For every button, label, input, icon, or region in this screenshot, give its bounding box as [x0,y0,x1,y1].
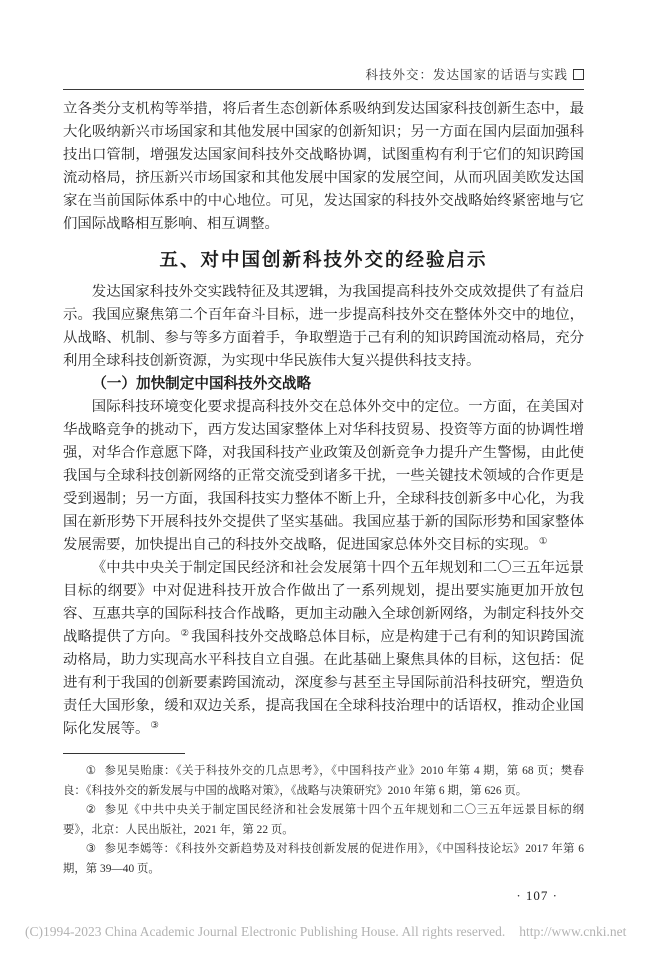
running-header-title: 科技外交：发达国家的话语与实践 [365,68,568,82]
paragraph-strategy-text: 国际科技环境变化要求提高科技外交在总体外交中的定位。一方面，在美国对华战略竞争的… [63,399,584,553]
article-body: 立各类分支机构等举措，将后者生态创新体系吸纳到发达国家科技创新生态中，最大化吸纳… [63,98,584,741]
footnote-3-marker: ③ [86,843,97,855]
footnote-3-text: 参见李嫣等：《科技外交新趋势及对科技创新发展的促进作用》，《中国科技论坛》201… [63,843,584,875]
footnote-ref-3: ③ [150,721,159,731]
paragraph-plan-text-2: 我国科技外交战略总体目标，应是构建于己有利的知识跨国流动格局，助力实现高水平科技… [63,629,584,737]
subsection-heading: （一）加快制定中国科技外交战略 [63,373,584,396]
paragraph-intro: 发达国家科技外交实践特征及其逻辑，为我国提高科技外交成效提供了有益启示。我国应聚… [63,281,584,373]
page-content: 科技外交：发达国家的话语与实践 立各类分支机构等举措，将后者生态创新体系吸纳到发… [63,64,584,904]
section-heading: 五、对中国创新科技外交的经验启示 [63,248,584,271]
journal-page: 科技外交：发达国家的话语与实践 立各类分支机构等举措，将后者生态创新体系吸纳到发… [0,0,646,968]
watermark-copyright: (C)1994-2023 China Academic Journal Elec… [25,924,505,939]
footnote-ref-1: ① [539,537,548,547]
footnotes-block: ①参见吴贻康：《关于科技外交的几点思考》，《中国科技产业》2010 年第 4 期… [63,762,584,879]
header-rule [63,89,584,90]
watermark-url: http://www.cnki.net [519,924,626,939]
footnote-separator [63,753,185,754]
paragraph-plan: 《中共中央关于制定国民经济和社会发展第十四个五年规划和二〇三五年远景目标的纲要》… [63,557,584,741]
cnki-watermark: (C)1994-2023 China Academic Journal Elec… [25,924,626,940]
paragraph-strategy: 国际科技环境变化要求提高科技外交在总体外交中的定位。一方面，在美国对华战略竞争的… [63,396,584,557]
paragraph-continuation-text: 立各类分支机构等举措，将后者生态创新体系吸纳到发达国家科技创新生态中，最大化吸纳… [63,101,584,232]
footnote-1-text: 参见吴贻康：《关于科技外交的几点思考》，《中国科技产业》2010 年第 4 期，… [63,765,584,797]
footnote-2-text: 参见《中共中央关于制定国民经济和社会发展第十四个五年规划和二〇三五年远景目标的纲… [63,804,584,836]
footnote-1-marker: ① [86,765,97,777]
page-number: · 107 · [63,888,584,904]
running-header: 科技外交：发达国家的话语与实践 [63,64,584,86]
footnote-2: ②参见《中共中央关于制定国民经济和社会发展第十四个五年规划和二〇三五年远景目标的… [63,801,584,840]
footnote-1: ①参见吴贻康：《关于科技外交的几点思考》，《中国科技产业》2010 年第 4 期… [63,762,584,801]
footnote-2-marker: ② [86,804,97,816]
paragraph-intro-text: 发达国家科技外交实践特征及其逻辑，为我国提高科技外交成效提供了有益启示。我国应聚… [63,284,584,369]
paragraph-continuation: 立各类分支机构等举措，将后者生态创新体系吸纳到发达国家科技创新生态中，最大化吸纳… [63,98,584,236]
footnote-ref-2: ② [180,629,189,639]
header-box-icon [573,69,584,80]
footnote-3: ③参见李嫣等：《科技外交新趋势及对科技创新发展的促进作用》，《中国科技论坛》20… [63,840,584,879]
